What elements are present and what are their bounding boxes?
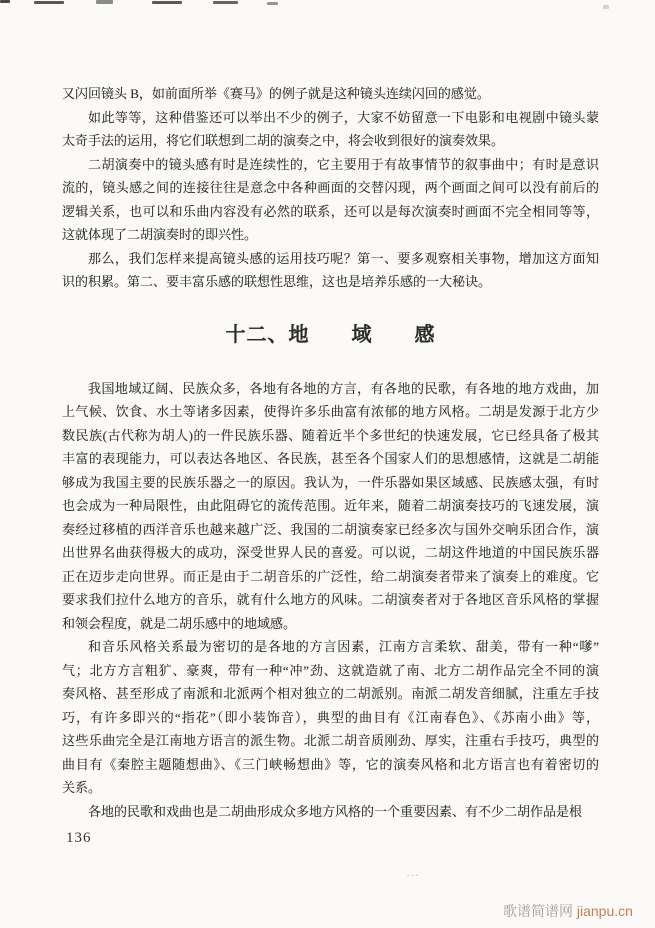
paragraph-line: 各地的民歌和戏曲也是二胡曲形成众多地方风格的一个重要因素、有不少二胡作品是根	[62, 800, 599, 824]
paragraph-line: 这些乐曲完全是江南地方语言的派生物。北派二胡音质刚劲、厚实，注重右手技巧，典型的	[62, 729, 599, 753]
paragraph-line: 和音乐风格关系最为密切的是各地的方言因素，江南方言柔软、甜美，带有一种“嗲”	[62, 635, 599, 659]
paragraph-line: 二胡演奏中的镜头感有时是连续性的，它主要用于有故事情节的叙事曲中；有时是意识	[62, 153, 599, 177]
paragraph-line: 也会成为一种局限性，由此阻碍它的流传范围。近年来，随着二胡演奏技巧的飞速发展，演	[62, 494, 599, 518]
scan-artifact	[96, 0, 113, 4]
scan-artifact	[152, 1, 182, 4]
scan-artifact	[267, 2, 278, 5]
scan-artifact	[34, 1, 64, 4]
scan-artifact	[0, 0, 10, 3]
paragraph-line: 够成为我国主要的民族乐器之一的原因。我认为，一件乐器如果区域感、民族感太强，有时	[62, 471, 599, 495]
watermark-site-url: jianpu.cn	[577, 903, 633, 919]
paragraph-line: 我国地域辽阔、民族众多，各地有各地的方言，有各地的民歌，有各地的地方戏曲，加	[62, 377, 599, 401]
paragraph-line: 丰富的表现能力，可以表达各地区、各民族，甚至各个国家人们的思想感情，这就是二胡能	[62, 447, 599, 471]
page-number: 136	[66, 830, 92, 847]
paragraph-line: 曲目有《秦腔主题随想曲》、《三门峡畅想曲》等，它的演奏风格和北方语言也有着密切的	[62, 753, 599, 777]
paragraph-line: 识的积累。第二、要丰富乐感的联想性思维，这也是培养乐感的一大秘诀。	[62, 270, 599, 294]
paragraph-line: 气；北方方言粗犷、豪爽，带有一种“冲”劲、这就造就了南、北方二胡作品完全不同的演	[62, 659, 599, 683]
paragraph-line: 奏风格、甚至形成了南派和北派两个相对独立的二胡派别。南派二胡发音细腻，注重左手技	[62, 682, 599, 706]
paragraph-line: 逻辑关系，也可以和乐曲内容没有必然的联系，还可以是每次演奏时画面不完全相同等等，	[62, 200, 599, 224]
watermark-site-name: 歌谱简谱网	[503, 903, 573, 919]
scan-artifact	[603, 5, 609, 9]
paragraph-line: 正在迈步走向世界。而正是由于二胡音乐的广泛性，给二胡演奏者带来了演奏上的难度。它	[62, 565, 599, 589]
paragraph-line: 关系。	[62, 776, 599, 800]
paragraph-line: 数民族(古代称为胡人)的一件民族乐器、随着近半个多世纪的快速发展，它已经具备了极…	[62, 424, 599, 448]
paragraph-line: 这就体现了二胡演奏时的即兴性。	[62, 223, 599, 247]
paragraph-line: 要求我们拉什么地方的音乐，就有什么地方的风味。二胡演奏者对于各地区音乐风格的掌握	[62, 588, 599, 612]
paragraph-line: 出世界名曲获得极大的成功，深受世界人民的喜爱。可以说，二胡这件地道的中国民族乐器	[62, 541, 599, 565]
paragraph-line: 和领会程度，就是二胡乐感中的地域感。	[62, 612, 599, 636]
paragraph-continuation-line: 又闪回镜头 B，如前面所举《赛马》的例子就是这种镜头连续闪回的感觉。	[62, 82, 599, 106]
paragraph-line: 如此等等，这种借鉴还可以举出不少的例子，大家不妨留意一下电影和电视剧中镜头蒙	[62, 106, 599, 130]
section-heading: 十二、地 域 感	[62, 320, 599, 350]
paragraph-line: 太奇手法的运用，将它们联想到二胡的演奏之中，将会收到很好的演奏效果。	[62, 129, 599, 153]
scanned-book-page: 又闪回镜头 B，如前面所举《赛马》的例子就是这种镜头连续闪回的感觉。 如此等等，…	[0, 0, 655, 928]
scan-artifact	[213, 1, 238, 4]
paragraph-line: 奏经过移植的西洋音乐也越来越广泛、我国的二胡演奏家已经多次与国外交响乐团合作，演	[62, 518, 599, 542]
watermark: 歌谱简谱网 jianpu.cn	[503, 901, 633, 921]
paragraph-line: 巧，有许多即兴的“指花”（即小装饰音），典型的曲目有《江南春色》、《苏南小曲》等…	[62, 706, 599, 730]
paragraph-line: 流的，镜头感之间的连接往往是意念中各种画面的交替闪现，两个画面之间可以没有前后的	[62, 176, 599, 200]
paragraph-line: 那么，我们怎样来提高镜头感的运用技巧呢？第一、要多观察相关事物，增加这方面知	[62, 247, 599, 271]
body-text: 又闪回镜头 B，如前面所举《赛马》的例子就是这种镜头连续闪回的感觉。 如此等等，…	[62, 82, 599, 823]
paragraph-line: 上气候、饮食、水土等诸多因素，使得许多乐曲富有浓郁的地方风格。二胡是发源于北方少	[62, 400, 599, 424]
scan-dots: …	[406, 864, 421, 880]
